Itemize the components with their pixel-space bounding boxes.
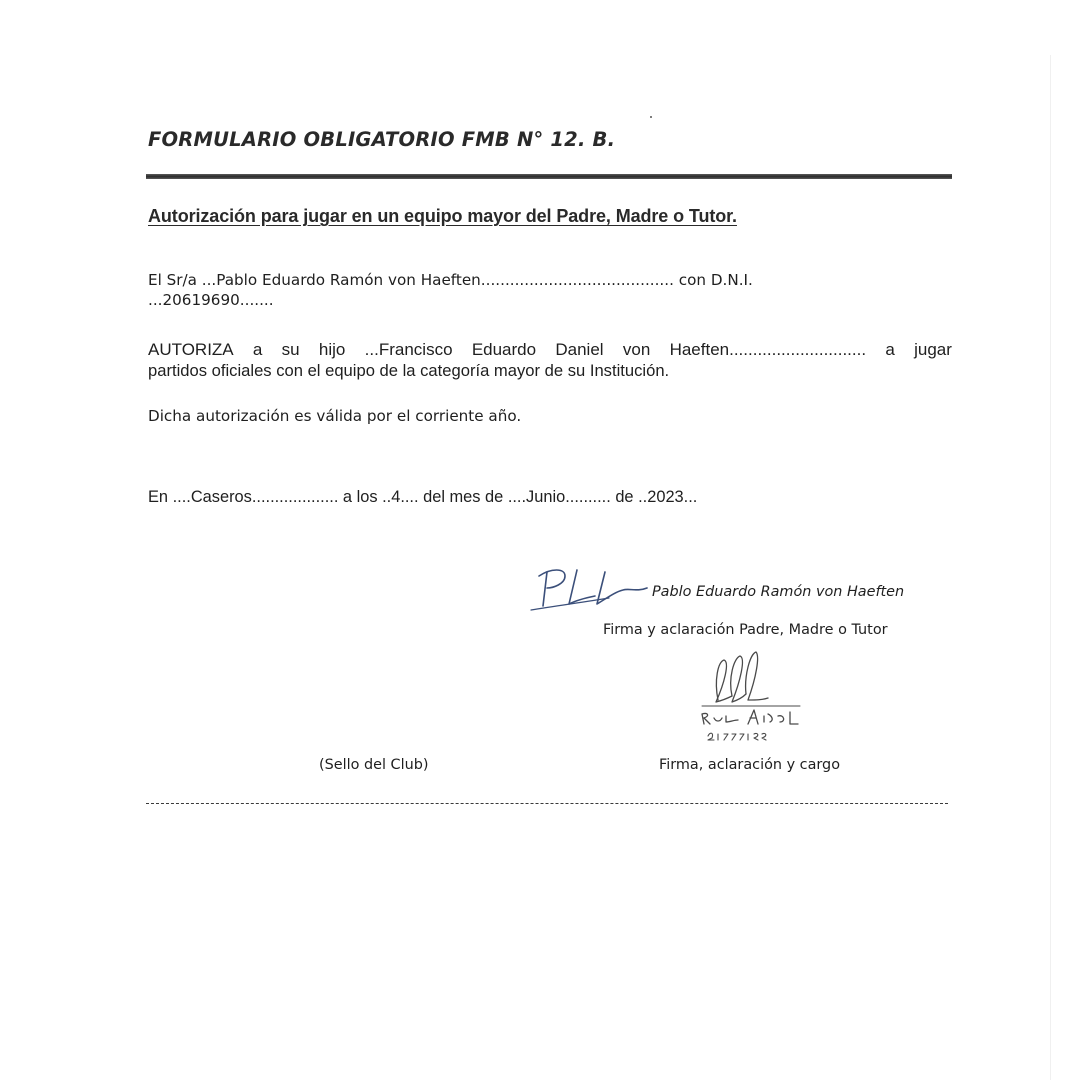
official-signature-caption: Firma, aclaración y cargo: [659, 757, 840, 773]
authorization-word: a: [885, 340, 894, 360]
cut-line-divider: [146, 803, 948, 804]
authorization-word: Daniel: [555, 340, 603, 360]
guardian-printed-name: Pablo Eduardo Ramón von Haeften: [652, 584, 904, 600]
guardian-signature-caption: Firma y aclaración Padre, Madre o Tutor: [603, 622, 888, 638]
guardian-dni-line: ...20619690.......: [148, 290, 274, 310]
place-date-line: En ....Caseros................... a los …: [148, 487, 697, 507]
authorization-word: jugar: [914, 340, 952, 360]
scan-speck: [650, 116, 652, 118]
authorization-word: su: [282, 340, 300, 360]
authorization-word: a: [253, 340, 262, 360]
form-title: FORMULARIO OBLIGATORIO FMB N° 12. B.: [148, 128, 615, 151]
guardian-line: El Sr/a ...Pablo Eduardo Ramón von Haeft…: [148, 270, 753, 290]
authorization-word: Haeften.............................: [670, 340, 867, 360]
authorization-word: von: [623, 340, 650, 360]
official-signature: [694, 650, 814, 745]
authorization-word: hijo: [319, 340, 345, 360]
authorization-line: AUTORIZA a su hijo ...Francisco Eduardo …: [148, 340, 952, 360]
title-rule: [146, 174, 952, 179]
authorization-line-2: partidos oficiales con el equipo de la c…: [148, 361, 669, 381]
validity-text: Dicha autorización es válida por el corr…: [148, 406, 521, 426]
form-subtitle: Autorización para jugar en un equipo may…: [148, 206, 737, 227]
authorization-keyword: AUTORIZA: [148, 340, 234, 360]
authorization-word: Eduardo: [472, 340, 536, 360]
guardian-signature: [525, 562, 655, 612]
authorization-word: ...Francisco: [365, 340, 453, 360]
page-edge: [1050, 55, 1051, 1080]
club-stamp-caption: (Sello del Club): [319, 757, 428, 773]
